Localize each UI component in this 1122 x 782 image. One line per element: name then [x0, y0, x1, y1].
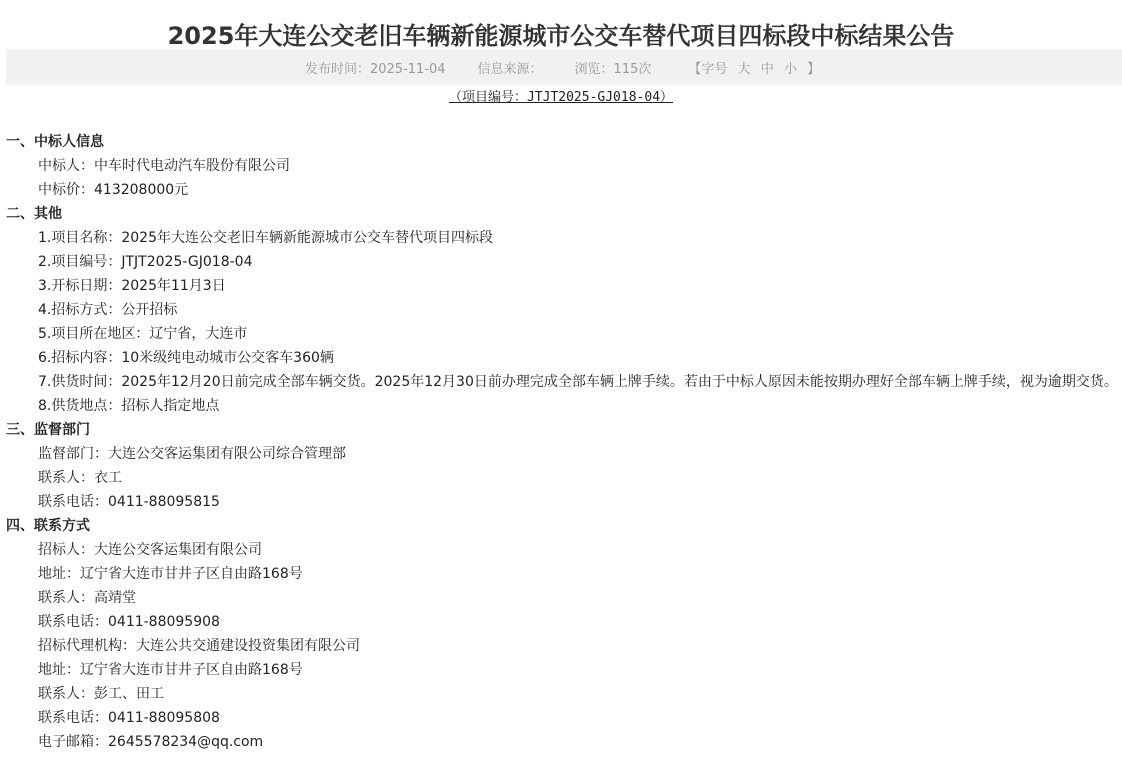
tenderer-contact: 联系人：高靖堂	[6, 586, 1118, 610]
font-size-switcher: 【字号 大 中 小 】	[685, 58, 823, 77]
section-heading: 三、监督部门	[6, 418, 1118, 442]
font-size-bracket-close: 】	[807, 62, 820, 77]
view-count: 浏览：115次	[575, 58, 652, 77]
section-winner-info: 一、中标人信息 中标人：中车时代电动汽车股份有限公司 中标价：413208000…	[6, 130, 1118, 202]
agency-address: 地址：辽宁省大连市甘井子区自由路168号	[6, 658, 1118, 682]
info-source: 信息来源：	[478, 58, 543, 77]
tender-method: 4.招标方式：公开招标	[6, 298, 1118, 322]
font-size-large-button[interactable]: 大	[738, 62, 751, 77]
section-heading: 四、联系方式	[6, 514, 1118, 538]
project-number: （项目编号：JTJT2025-GJ018-04）	[447, 90, 675, 105]
winning-price: 中标价：413208000元	[6, 178, 1118, 202]
project-code: 2.项目编号：JTJT2025-GJ018-04	[6, 250, 1118, 274]
agency-phone: 联系电话：0411-88095808	[6, 706, 1118, 730]
article-meta-bar: 发布时间：2025-11-04 信息来源： 浏览：115次 【字号 大 中 小 …	[6, 49, 1122, 85]
section-other: 二、其他 1.项目名称：2025年大连公交老旧车辆新能源城市公交车替代项目四标段…	[6, 202, 1118, 418]
section-heading: 二、其他	[6, 202, 1118, 226]
project-number-line: （项目编号：JTJT2025-GJ018-04）	[0, 89, 1122, 107]
tender-content: 6.招标内容：10米级纯电动城市公交客车360辆	[6, 346, 1118, 370]
supervision-contact: 联系人：衣工	[6, 466, 1118, 490]
font-size-small-button[interactable]: 小	[784, 62, 797, 77]
winner-name: 中标人：中车时代电动汽车股份有限公司	[6, 154, 1118, 178]
font-size-medium-button[interactable]: 中	[761, 62, 774, 77]
delivery-time: 7.供货时间：2025年12月20日前完成全部车辆交货。2025年12月30日前…	[6, 370, 1118, 394]
delivery-location: 8.供货地点：招标人指定地点	[6, 394, 1118, 418]
supervision-phone: 联系电话：0411-88095815	[6, 490, 1118, 514]
project-name: 1.项目名称：2025年大连公交老旧车辆新能源城市公交车替代项目四标段	[6, 226, 1118, 250]
tenderer-phone: 联系电话：0411-88095908	[6, 610, 1118, 634]
section-supervision: 三、监督部门 监督部门：大连公交客运集团有限公司综合管理部 联系人：衣工 联系电…	[6, 418, 1118, 514]
tenderer-address: 地址：辽宁省大连市甘井子区自由路168号	[6, 562, 1118, 586]
agency: 招标代理机构：大连公共交通建设投资集团有限公司	[6, 634, 1118, 658]
agency-contact: 联系人：彭工、田工	[6, 682, 1118, 706]
project-region: 5.项目所在地区：辽宁省，大连市	[6, 322, 1118, 346]
publish-time: 发布时间：2025-11-04	[305, 58, 446, 77]
section-heading: 一、中标人信息	[6, 130, 1118, 154]
page-title: 2025年大连公交老旧车辆新能源城市公交车替代项目四标段中标结果公告	[0, 19, 1122, 53]
supervision-department: 监督部门：大连公交客运集团有限公司综合管理部	[6, 442, 1118, 466]
announcement-body: 一、中标人信息 中标人：中车时代电动汽车股份有限公司 中标价：413208000…	[6, 130, 1118, 754]
tenderer: 招标人：大连公交客运集团有限公司	[6, 538, 1118, 562]
agency-email[interactable]: 电子邮箱：2645578234@qq.com	[6, 730, 1118, 754]
bid-opening-date: 3.开标日期：2025年11月3日	[6, 274, 1118, 298]
section-contact: 四、联系方式 招标人：大连公交客运集团有限公司 地址：辽宁省大连市甘井子区自由路…	[6, 514, 1118, 754]
font-size-label: 【字号	[688, 62, 727, 77]
